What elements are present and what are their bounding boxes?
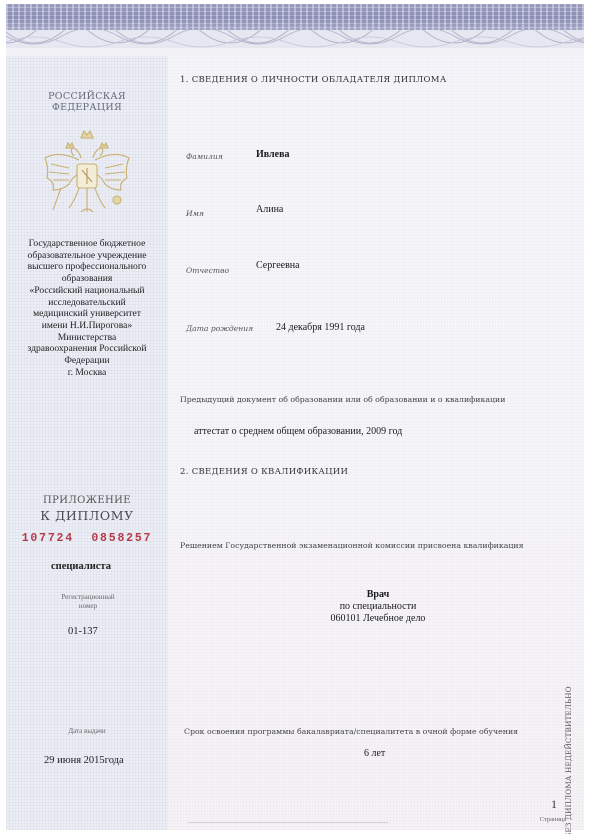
org-line: образовательное учреждение <box>6 250 168 262</box>
org-line: исследовательский <box>6 297 168 309</box>
section-1-title: 1. СВЕДЕНИЯ О ЛИЧНОСТИ ОБЛАДАТЕЛЯ ДИПЛОМ… <box>180 75 447 85</box>
registration-label-line-2: номер <box>48 602 128 611</box>
guilloche-band-top <box>6 4 584 32</box>
footer-line <box>188 822 388 823</box>
birth-date-label: Дата рождения <box>186 324 253 333</box>
qualification-note: Решением Государственной экзаменационной… <box>180 541 524 550</box>
right-panel: 1. СВЕДЕНИЯ О ЛИЧНОСТИ ОБЛАДАТЕЛЯ ДИПЛОМ… <box>168 56 584 830</box>
org-line: Федерации <box>6 355 168 367</box>
org-line: Министерства <box>6 332 168 344</box>
org-line: Государственное бюджетное <box>6 238 168 250</box>
guilloche-band-waves <box>6 30 584 54</box>
issue-date: 29 июня 2015года <box>44 755 124 766</box>
serial-number: 107724 0858257 <box>6 532 168 545</box>
org-line: г. Москва <box>6 367 168 379</box>
org-line: «Российский национальный <box>6 285 168 297</box>
duration-label: Срок освоения программы бакалавриата/спе… <box>184 727 518 736</box>
qualification-specialty: 060101 Лечебное дело <box>268 613 488 625</box>
page-number: 1 <box>544 797 564 812</box>
country-name: РОССИЙСКАЯ ФЕДЕРАЦИЯ <box>6 91 168 113</box>
first-name-value: Алина <box>256 204 283 215</box>
previous-document-value: аттестат о среднем общем образовании, 20… <box>194 426 402 437</box>
double-headed-eagle-coat-of-arms-icon <box>39 128 135 220</box>
birth-date-value: 24 декабря 1991 года <box>276 322 365 333</box>
registration-label-line-1: Регистрационный <box>48 593 128 602</box>
first-name-label: Имя <box>186 209 204 218</box>
org-line: высшего профессионального <box>6 261 168 273</box>
registration-number-label: Регистрационный номер <box>48 593 128 611</box>
vertical-notice: БЕЗ ДИПЛОМА НЕДЕЙСТВИТЕЛЬНО <box>564 686 573 834</box>
surname-label: Фамилия <box>186 152 223 161</box>
appendix-title-line-2: К ДИПЛОМУ <box>6 508 168 523</box>
registration-number: 01-137 <box>68 626 98 637</box>
qualification-block: Врач по специальности 060101 Лечебное де… <box>268 589 488 625</box>
org-line: образования <box>6 273 168 285</box>
org-line: имени Н.И.Пирогова» <box>6 320 168 332</box>
appendix-title-line-1: ПРИЛОЖЕНИЕ <box>6 495 168 506</box>
left-panel: РОССИЙСКАЯ ФЕДЕРАЦИЯ <box>6 56 168 830</box>
page-label: Страница <box>528 816 578 823</box>
diploma-appendix-page: РОССИЙСКАЯ ФЕДЕРАЦИЯ <box>6 4 584 830</box>
organization-name: Государственное бюджетное образовательно… <box>6 238 168 378</box>
guilloche-band <box>6 4 584 54</box>
country-line-1: РОССИЙСКАЯ <box>6 91 168 102</box>
section-2-title: 2. СВЕДЕНИЯ О КВАЛИФИКАЦИИ <box>180 467 348 477</box>
duration-value: 6 лет <box>364 748 385 759</box>
degree-level: специалиста <box>51 561 111 572</box>
patronymic-label: Отчество <box>186 266 229 275</box>
surname-value: Ивлева <box>256 149 290 160</box>
qualification-by-specialty: по специальности <box>268 601 488 613</box>
country-line-2: ФЕДЕРАЦИЯ <box>6 102 168 113</box>
patronymic-value: Сергеевна <box>256 260 300 271</box>
issue-date-label: Дата выдачи <box>6 727 168 735</box>
org-line: медицинский университет <box>6 308 168 320</box>
org-line: здравоохранения Российской <box>6 343 168 355</box>
qualification-title: Врач <box>268 589 488 601</box>
previous-document-label: Предыдущий документ об образовании или о… <box>180 395 505 404</box>
